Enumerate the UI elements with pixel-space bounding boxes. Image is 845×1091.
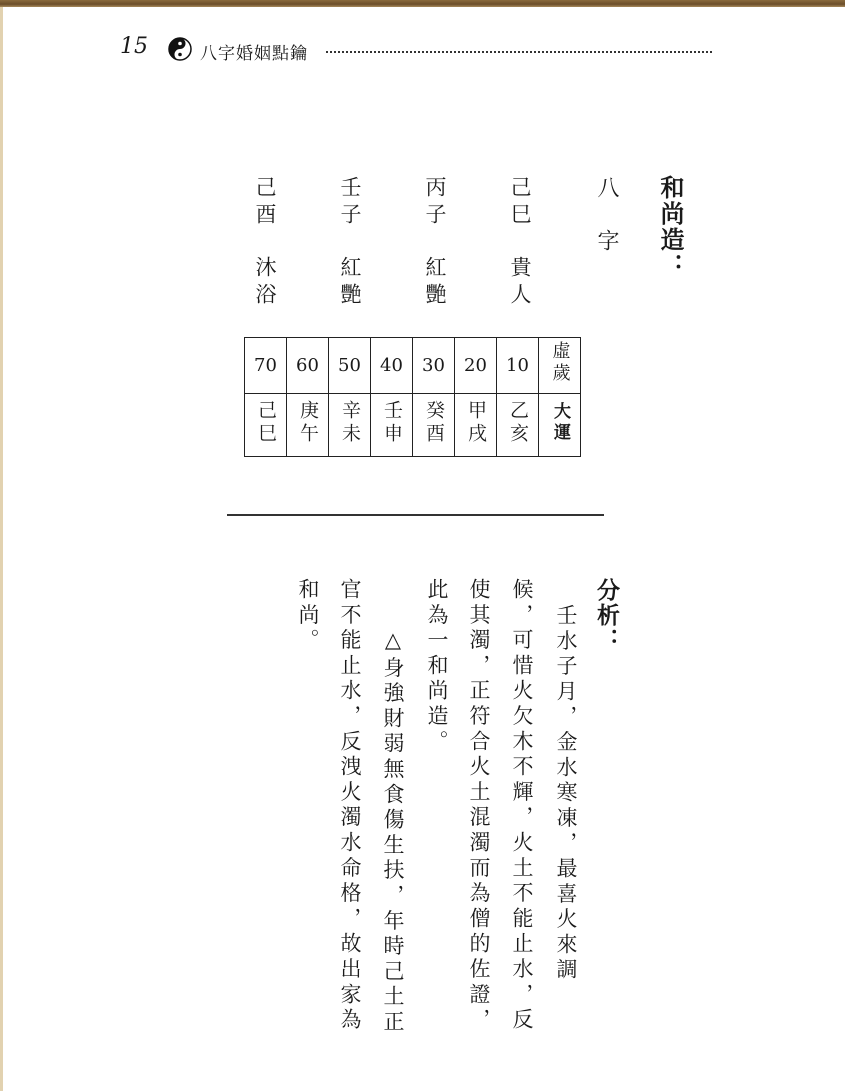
bazi-label-zi: 字 (595, 229, 617, 251)
analysis-line-5: △身強財弱無食傷生扶，年時己土正 (382, 628, 403, 1036)
dotted-leader (326, 51, 712, 53)
dayun-cell: 己巳 (245, 394, 287, 457)
dayun-cell: 癸酉 (413, 394, 455, 457)
analysis-line-6: 官不能止水，反洩火濁水命格，故出家為 (339, 578, 360, 1033)
age-cell: 50 (329, 338, 371, 394)
bazi-label-ba: 八 (595, 176, 617, 198)
dayun-pillar: 甲戌 (466, 400, 485, 446)
page-top-border (0, 0, 845, 7)
pillar-month: 丙子 (424, 176, 445, 230)
page-number: 15 (120, 34, 148, 59)
analysis-line-3: 使其濁，正符合火土混濁而為僧的佐證， (468, 578, 489, 1033)
age-row-header-label: 虛歲 (551, 341, 569, 385)
pillar-hour: 己酉 (254, 176, 275, 230)
analysis-line-7: 和尚。 (297, 578, 318, 654)
dayun-cell: 壬申 (371, 394, 413, 457)
age-cell: 60 (287, 338, 329, 394)
pillar-year: 己巳 (509, 176, 530, 230)
dayun-pillar: 庚午 (298, 400, 317, 446)
age-row: 70 60 50 40 30 20 10 虛歲 (245, 338, 581, 394)
case-title: 和尚造： (658, 175, 682, 279)
book-title: 八字婚姻點鑰 (200, 39, 308, 64)
dayun-cell: 庚午 (287, 394, 329, 457)
yin-yang-icon (168, 37, 192, 61)
dayun-row-header: 大運 (539, 394, 581, 457)
pillar-day-label: 紅艷 (339, 256, 360, 310)
dayun-row-header-label: 大運 (551, 402, 568, 444)
section-divider (227, 514, 604, 516)
age-cell: 20 (455, 338, 497, 394)
pillar-month-label: 紅艷 (424, 256, 445, 310)
dayun-table: 70 60 50 40 30 20 10 虛歲 己巳 庚午 辛未 壬申 癸酉 甲… (244, 337, 581, 457)
dayun-pillar: 辛未 (340, 400, 359, 446)
age-cell: 10 (497, 338, 539, 394)
pillar-year-label: 貴人 (509, 256, 530, 310)
dayun-pillar: 己巳 (256, 400, 275, 446)
age-cell: 70 (245, 338, 287, 394)
analysis-line-4: 此為一和尚造。 (426, 578, 447, 755)
dayun-cell: 甲戌 (455, 394, 497, 457)
page-left-border (0, 7, 3, 1091)
age-cell: 40 (371, 338, 413, 394)
age-row-header: 虛歲 (539, 338, 581, 394)
analysis-line-1: 壬水子月，金水寒凍，最喜火來調 (555, 604, 576, 984)
dayun-pillar: 乙亥 (508, 400, 527, 446)
age-cell: 30 (413, 338, 455, 394)
dayun-pillar: 癸酉 (424, 400, 443, 446)
pillar-hour-label: 沐浴 (254, 256, 275, 310)
dayun-cell: 乙亥 (497, 394, 539, 457)
dayun-pillar: 壬申 (382, 400, 401, 446)
analysis-heading: 分析： (594, 578, 617, 653)
dayun-pillar-row: 己巳 庚午 辛未 壬申 癸酉 甲戌 乙亥 大運 (245, 394, 581, 457)
dayun-cell: 辛未 (329, 394, 371, 457)
pillar-day: 壬子 (339, 176, 360, 230)
analysis-line-2: 候，可惜火欠木不輝，火土不能止水，反 (511, 578, 532, 1033)
